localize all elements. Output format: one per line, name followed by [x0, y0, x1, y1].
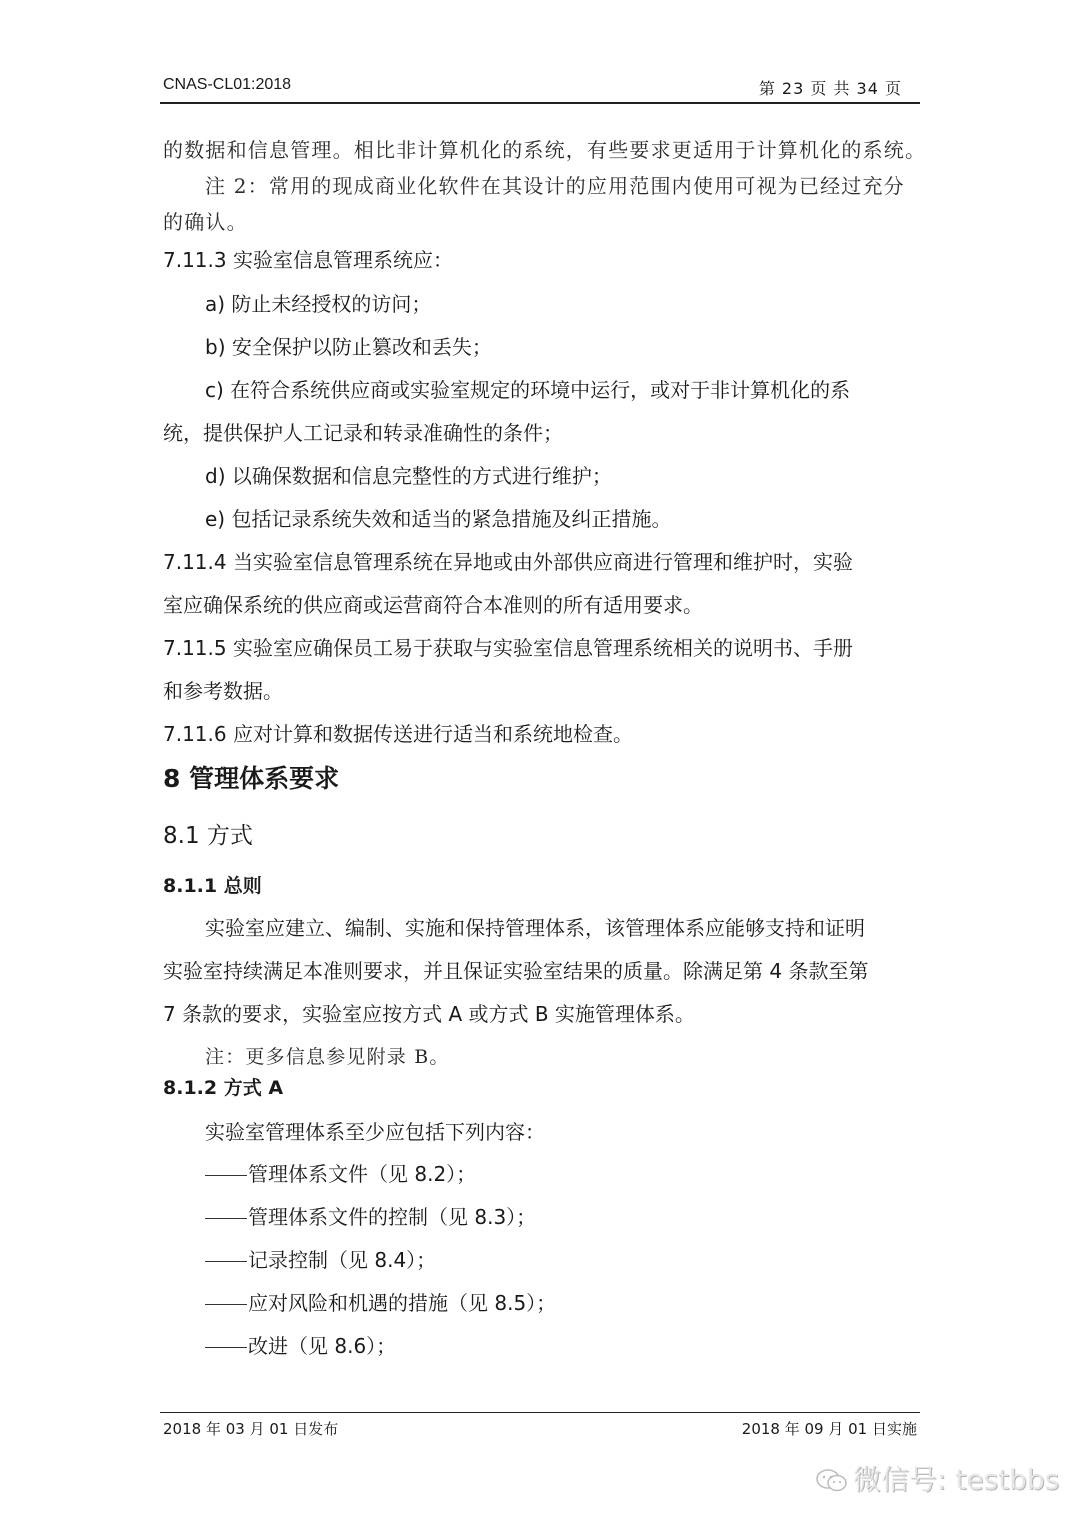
- issue-date: 2018 年 03 月 01 日发布: [163, 1418, 338, 1439]
- dash-list-item: 管理体系文件（见 8.2）；: [205, 1160, 476, 1188]
- section-heading-8: 8 管理体系要求: [163, 765, 339, 793]
- watermark: 微信号: testbbs: [815, 1458, 1059, 1498]
- list-item-a: a) 防止未经授权的访问；: [205, 290, 431, 318]
- page-header: CNAS-CL01:2018 第 23 页 共 34 页: [163, 76, 920, 102]
- clause-7-11-5: 7.11.5 实验室应确保员工易于获取与实验室信息管理系统相关的说明书、手册: [163, 634, 853, 662]
- effective-date: 2018 年 09 月 01 日实施: [742, 1418, 917, 1439]
- document-code: CNAS-CL01:2018: [163, 76, 291, 94]
- header-divider: [160, 102, 920, 104]
- note-2-line: 注 2：常用的现成商业化软件在其设计的应用范围内使用可视为已经过充分: [205, 172, 905, 200]
- dash-list-item: 应对风险和机遇的措施（见 8.5）；: [205, 1289, 556, 1317]
- em-dash-icon: [205, 1261, 247, 1262]
- paragraph-line: 实验室持续满足本准则要求，并且保证实验室结果的质量。除满足第 4 条款至第: [163, 957, 868, 985]
- list-item-b: b) 安全保护以防止篡改和丢失；: [205, 333, 492, 361]
- section-heading-8-1-2: 8.1.2 方式 A: [163, 1074, 283, 1102]
- dash-list-item: 记录控制（见 8.4）；: [205, 1246, 436, 1274]
- clause-7-11-6: 7.11.6 应对计算和数据传送进行适当和系统地检查。: [163, 720, 633, 748]
- clause-7-11-4: 7.11.4 当实验室信息管理系统在异地或由外部供应商进行管理和维护时，实验: [163, 548, 853, 576]
- footer-divider: [160, 1412, 920, 1413]
- watermark-text: 微信号: testbbs: [853, 1463, 1059, 1496]
- list-item-c-cont: 统，提供保护人工记录和转录准确性的条件；: [163, 419, 563, 447]
- em-dash-icon: [205, 1347, 247, 1348]
- clause-7-11-4-cont: 室应确保系统的供应商或运营商符合本准则的所有适用要求。: [163, 591, 703, 619]
- note-line: 注：更多信息参见附录 B。: [205, 1043, 450, 1071]
- section-heading-8-1: 8.1 方式: [163, 822, 253, 850]
- em-dash-icon: [205, 1304, 247, 1305]
- em-dash-icon: [205, 1218, 247, 1219]
- intro-line: 实验室管理体系至少应包括下列内容：: [205, 1118, 545, 1146]
- dash-list-item: 改进（见 8.6）；: [205, 1332, 396, 1360]
- list-item-e: e) 包括记录系统失效和适当的紧急措施及纠正措施。: [205, 505, 671, 533]
- dash-list-item: 管理体系文件的控制（见 8.3）；: [205, 1203, 536, 1231]
- list-item-d: d) 以确保数据和信息完整性的方式进行维护；: [205, 462, 612, 490]
- section-heading-8-1-1: 8.1.1 总则: [163, 872, 262, 900]
- body-line: 的数据和信息管理。相比非计算机化的系统，有些要求更适用于计算机化的系统。: [163, 136, 926, 164]
- note-2-line: 的确认。: [163, 208, 248, 236]
- list-item-c: c) 在符合系统供应商或实验室规定的环境中运行，或对于非计算机化的系: [205, 376, 850, 404]
- wechat-icon: [815, 1468, 849, 1494]
- clause-7-11-5-cont: 和参考数据。: [163, 677, 283, 705]
- em-dash-icon: [205, 1175, 247, 1176]
- paragraph-line: 7 条款的要求，实验室应按方式 A 或方式 B 实施管理体系。: [163, 1000, 695, 1028]
- clause-7-11-3: 7.11.3 实验室信息管理系统应：: [163, 246, 453, 274]
- page-indicator: 第 23 页 共 34 页: [759, 76, 902, 99]
- paragraph-line: 实验室应建立、编制、实施和保持管理体系，该管理体系应能够支持和证明: [205, 914, 865, 942]
